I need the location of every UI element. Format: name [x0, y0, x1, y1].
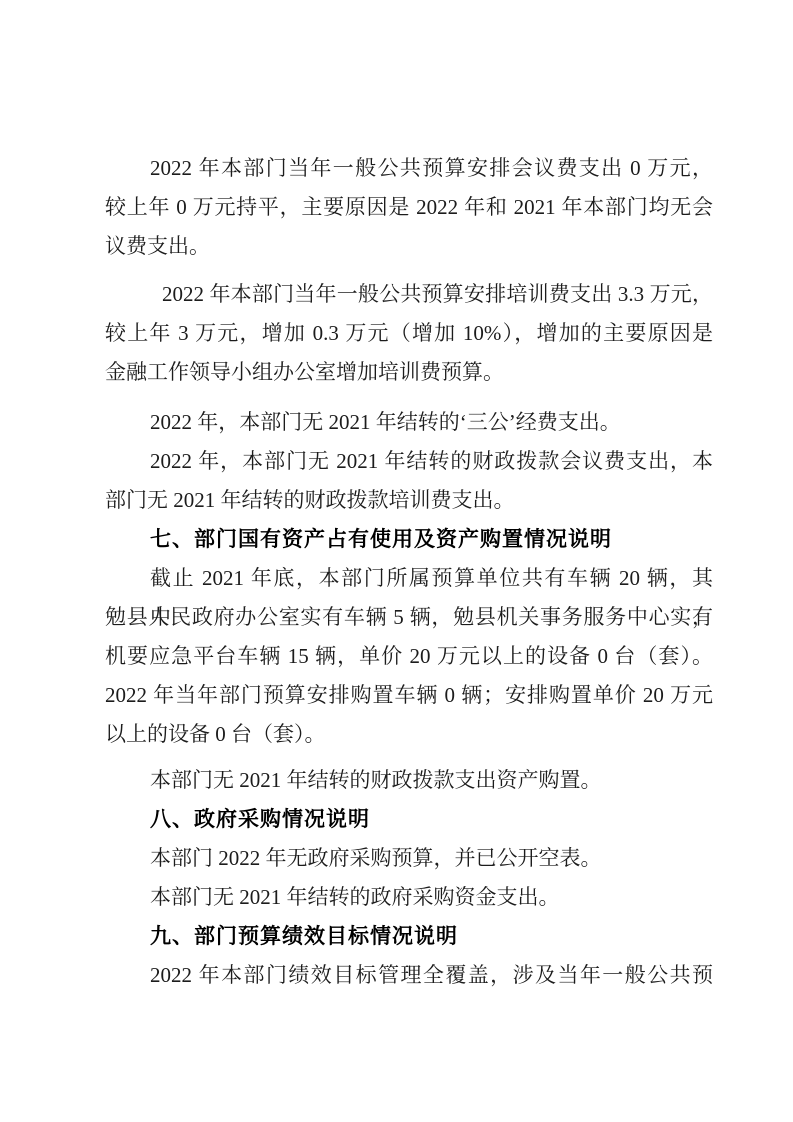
- text-line: 本部门无 2021 年结转的政府采购资金支出。: [105, 878, 713, 917]
- text-line: 部门无 2021 年结转的财政拨款培训费支出。: [105, 481, 713, 520]
- text-line: 2022 年当年部门预算安排购置车辆 0 辆；安排购置单价 20 万元: [105, 676, 713, 715]
- section-heading-government-procurement: 八、政府采购情况说明: [105, 800, 713, 839]
- document-content: 2022 年本部门当年一般公共预算安排会议费支出 0 万元， 较上年 0 万元持…: [105, 149, 713, 995]
- text-line: 较上年 0 万元持平，主要原因是 2022 年和 2021 年本部门均无会: [105, 188, 713, 227]
- text-line: 金融工作领导小组办公室增加培训费预算。: [105, 353, 713, 392]
- text-line: 2022 年，本部门无 2021 年结转的‘三公’经费支出。: [105, 403, 713, 442]
- text-line: 议费支出。: [105, 227, 713, 266]
- section-heading-state-assets: 七、部门国有资产占有使用及资产购置情况说明: [105, 520, 713, 559]
- text-line: 2022 年本部门绩效目标管理全覆盖，涉及当年一般公共预: [105, 956, 713, 995]
- text-line: 本部门 2022 年无政府采购预算，并已公开空表。: [105, 839, 713, 878]
- text-line: 2022 年本部门当年一般公共预算安排会议费支出 0 万元，: [105, 149, 713, 188]
- text-line: 2022 年本部门当年一般公共预算安排培训费支出 3.3 万元，: [105, 275, 713, 314]
- section-heading-performance-targets: 九、部门预算绩效目标情况说明: [105, 917, 713, 956]
- text-line: 2022 年，本部门无 2021 年结转的财政拨款会议费支出，本: [105, 442, 713, 481]
- text-line: 本部门无 2021 年结转的财政拨款支出资产购置。: [105, 761, 713, 800]
- text-line: 截止 2021 年底，本部门所属预算单位共有车辆 20 辆，其中，: [105, 559, 713, 598]
- text-line: 较上年 3 万元，增加 0.3 万元（增加 10%），增加的主要原因是: [105, 314, 713, 353]
- text-line: 勉县人民政府办公室实有车辆 5 辆，勉县机关事务服务中心实有: [105, 598, 713, 637]
- text-line: 以上的设备 0 台（套）。: [105, 715, 713, 754]
- text-line: 机要应急平台车辆 15 辆，单价 20 万元以上的设备 0 台（套）。: [105, 637, 713, 676]
- document-page: 2022 年本部门当年一般公共预算安排会议费支出 0 万元， 较上年 0 万元持…: [0, 0, 793, 1122]
